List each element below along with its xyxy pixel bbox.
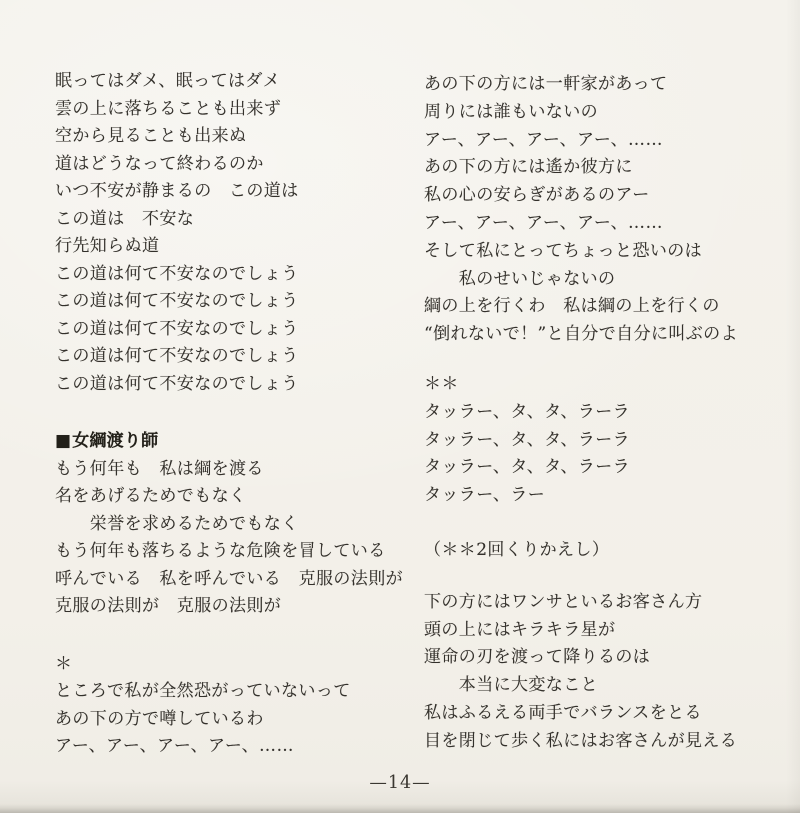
scanned-booklet-page: 眠ってはダメ、眠ってはダメ雲の上に落ちることも出来ず空から見ることも出来ぬ道はど… xyxy=(0,0,800,813)
lyric-line: “倒れないで！”と自分で自分に叫ぶのよ xyxy=(424,321,796,349)
lyric-line: タッラー、タ、タ、ラーラ xyxy=(424,454,796,482)
lyric-line: 周りには誰もいないの xyxy=(424,99,796,127)
lyric-line: この道は何て不安なのでしょう xyxy=(55,288,420,316)
lyric-line: あの下の方で噂しているわ xyxy=(55,706,420,734)
lyric-line: もう何年も落ちるような危険を冒している xyxy=(55,538,420,566)
lyrics-column-right: あの下の方には一軒家があって周りには誰もいないのアー、アー、アー、アー、……あの… xyxy=(424,71,796,756)
stanza: ■女綱渡り師もう何年も 私は綱を渡る名をあげるためでもなく 栄誉を求めるためでも… xyxy=(55,428,420,621)
lyric-line: 本当に大変なこと xyxy=(424,672,796,700)
lyric-line: 克服の法則が 克服の法則が xyxy=(55,593,420,621)
lyric-line: あの下の方には遙か彼方に xyxy=(424,154,796,182)
lyric-line: アー、アー、アー、アー、…… xyxy=(55,733,420,761)
stanza: （＊＊2回くりかえし） xyxy=(424,537,796,565)
lyric-line: 行先知らぬ道 xyxy=(55,233,420,261)
lyric-line: 眠ってはダメ、眠ってはダメ xyxy=(55,68,420,96)
lyric-line: 目を閉じて歩く私にはお客さんが見える xyxy=(424,728,796,756)
lyric-line: タッラー、タ、タ、ラーラ xyxy=(424,427,796,455)
lyric-line: 私はふるえる両手でバランスをとる xyxy=(424,700,796,728)
lyric-line: 呼んでいる 私を呼んでいる 克服の法則が xyxy=(55,566,420,594)
lyric-line: 下の方にはワンサといるお客さん方 xyxy=(424,589,796,617)
lyric-line: 私の心の安らぎがあるのアー xyxy=(424,182,796,210)
song-title: ■女綱渡り師 xyxy=(55,428,420,456)
lyric-line: いつ不安が静まるの この道は xyxy=(55,178,420,206)
lyric-line: 名をあげるためでもなく xyxy=(55,483,420,511)
lyric-line: この道は 不安な xyxy=(55,206,420,234)
stanza: 下の方にはワンサといるお客さん方頭の上にはキラキラ星が運命の刃を渡って降りるのは… xyxy=(424,589,796,756)
lyric-line: ＊＊ xyxy=(424,371,796,399)
lyric-line: ところで私が全然恐がっていないって xyxy=(55,678,420,706)
lyric-line: ＊ xyxy=(55,651,420,679)
lyric-line: 道はどうなって終わるのか xyxy=(55,151,420,179)
lyric-line: この道は何て不安なのでしょう xyxy=(55,316,420,344)
lyric-line: 頭の上にはキラキラ星が xyxy=(424,617,796,645)
lyric-line: そして私にとってちょっと恐いのは xyxy=(424,238,796,266)
lyric-line: あの下の方には一軒家があって xyxy=(424,71,796,99)
lyric-line: 綱の上を行くわ 私は綱の上を行くの xyxy=(424,293,796,321)
page-number: —14— xyxy=(0,773,800,793)
song-title-text: 女綱渡り師 xyxy=(72,431,158,451)
lyric-line: 空から見ることも出来ぬ xyxy=(55,123,420,151)
stanza: ＊ところで私が全然恐がっていないってあの下の方で噂しているわアー、アー、アー、ア… xyxy=(55,651,420,761)
lyric-line: この道は何て不安なのでしょう xyxy=(55,371,420,399)
lyric-line: タッラー、ラー xyxy=(424,482,796,510)
lyric-line: もう何年も 私は綱を渡る xyxy=(55,456,420,484)
stanza: 眠ってはダメ、眠ってはダメ雲の上に落ちることも出来ず空から見ることも出来ぬ道はど… xyxy=(55,68,420,398)
lyric-line: アー、アー、アー、アー、…… xyxy=(424,127,796,155)
lyric-line: この道は何て不安なのでしょう xyxy=(55,343,420,371)
lyric-line: アー、アー、アー、アー、…… xyxy=(424,210,796,238)
lyric-line: 雲の上に落ちることも出来ず xyxy=(55,96,420,124)
lyrics-column-left: 眠ってはダメ、眠ってはダメ雲の上に落ちることも出来ず空から見ることも出来ぬ道はど… xyxy=(55,68,420,761)
stanza: ＊＊タッラー、タ、タ、ラーラタッラー、タ、タ、ラーラタッラー、タ、タ、ラーラタッ… xyxy=(424,371,796,510)
section-marker-icon: ■ xyxy=(55,431,71,451)
lyric-line: 運命の刃を渡って降りるのは xyxy=(424,644,796,672)
lyric-line: この道は何て不安なのでしょう xyxy=(55,261,420,289)
lyric-line: 栄誉を求めるためでもなく xyxy=(55,511,420,539)
stanza: あの下の方には一軒家があって周りには誰もいないのアー、アー、アー、アー、……あの… xyxy=(424,71,796,349)
lyric-line: タッラー、タ、タ、ラーラ xyxy=(424,399,796,427)
scan-edge-bottom xyxy=(0,804,800,813)
lyric-line: 私のせいじゃないの xyxy=(424,266,796,294)
lyric-line: （＊＊2回くりかえし） xyxy=(424,537,796,565)
